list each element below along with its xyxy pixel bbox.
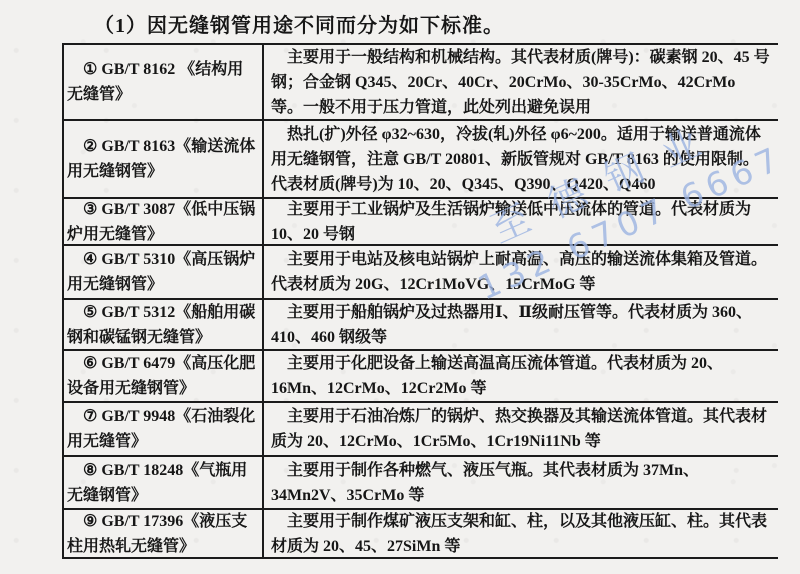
standard-cell: ⑤ GB/T 5312《船舶用碳钢和碳锰钢无缝管》 xyxy=(64,300,264,349)
description-text: 主要用于电站及核电站锅炉上耐高温、高压的输送流体集箱及管道。代表材质为 20G、… xyxy=(271,247,770,297)
description-text: 主要用于船舶锅炉及过热器用Ⅰ、Ⅱ级耐压管等。代表材质为 360、410、460 … xyxy=(271,300,770,350)
table-row: ⑤ GB/T 5312《船舶用碳钢和碳锰钢无缝管》 主要用于船舶锅炉及过热器用Ⅰ… xyxy=(64,300,778,351)
standard-cell: ③ GB/T 3087《低中压锅炉用无缝管》 xyxy=(64,199,264,244)
description-text: 热扎(扩)外径 φ32~630，冷拔(轧)外径 φ6~200。适用于输送普通流体… xyxy=(271,122,770,197)
standard-label: ③ GB/T 3087《低中压锅炉用无缝管》 xyxy=(67,197,258,247)
standard-label: ① GB/T 8162 《结构用无缝管》 xyxy=(67,57,258,107)
standard-cell: ② GB/T 8163《输送流体用无缝钢管》 xyxy=(64,121,264,197)
standard-label: ⑥ GB/T 6479《高压化肥设备用无缝钢管》 xyxy=(67,351,258,401)
description-text: 主要用于工业锅炉及生活锅炉输送低中压流体的管道。代表材质为 10、20 号钢 xyxy=(271,197,770,247)
description-cell: 主要用于制作各种燃气、液压气瓶。其代表材质为 37Mn、34Mn2V、35CrM… xyxy=(264,457,778,508)
description-text: 主要用于化肥设备上输送高温高压流体管道。代表材质为 20、16Mn、12CrMo… xyxy=(271,351,770,401)
standard-label: ⑨ GB/T 17396《液压支柱用热轧无缝管》 xyxy=(67,509,258,559)
description-text: 主要用于一般结构和机械结构。其代表材质(牌号)：碳素钢 20、45 号钢；合金钢… xyxy=(271,45,770,120)
table-row: ③ GB/T 3087《低中压锅炉用无缝管》 主要用于工业锅炉及生活锅炉输送低中… xyxy=(64,199,778,246)
description-cell: 主要用于电站及核电站锅炉上耐高温、高压的输送流体集箱及管道。代表材质为 20G、… xyxy=(264,246,778,298)
standard-label: ⑤ GB/T 5312《船舶用碳钢和碳锰钢无缝管》 xyxy=(67,300,258,350)
standard-label: ⑧ GB/T 18248《气瓶用无缝钢管》 xyxy=(67,458,258,508)
description-cell: 热扎(扩)外径 φ32~630，冷拔(轧)外径 φ6~200。适用于输送普通流体… xyxy=(264,121,778,197)
standard-label: ④ GB/T 5310《高压锅炉用无缝钢管》 xyxy=(67,247,258,297)
table-row: ② GB/T 8163《输送流体用无缝钢管》 热扎(扩)外径 φ32~630，冷… xyxy=(64,121,778,199)
standard-label: ⑦ GB/T 9948《石油裂化用无缝管》 xyxy=(67,404,258,454)
page-title: （1）因无缝钢管用途不同而分为如下标准。 xyxy=(94,9,504,38)
description-text: 主要用于石油冶炼厂的锅炉、热交换器及其输送流体管道。其代表材质为 20、12Cr… xyxy=(271,404,770,454)
standard-cell: ⑧ GB/T 18248《气瓶用无缝钢管》 xyxy=(64,457,264,508)
description-cell: 主要用于船舶锅炉及过热器用Ⅰ、Ⅱ级耐压管等。代表材质为 360、410、460 … xyxy=(264,300,778,349)
table-row: ⑥ GB/T 6479《高压化肥设备用无缝钢管》 主要用于化肥设备上输送高温高压… xyxy=(64,351,778,403)
standard-cell: ⑦ GB/T 9948《石油裂化用无缝管》 xyxy=(64,403,264,455)
standard-cell: ⑨ GB/T 17396《液压支柱用热轧无缝管》 xyxy=(64,510,264,557)
standard-label: ② GB/T 8163《输送流体用无缝钢管》 xyxy=(67,134,258,184)
description-cell: 主要用于石油冶炼厂的锅炉、热交换器及其输送流体管道。其代表材质为 20、12Cr… xyxy=(264,403,778,455)
table-row: ④ GB/T 5310《高压锅炉用无缝钢管》 主要用于电站及核电站锅炉上耐高温、… xyxy=(64,246,778,300)
table-row: ⑧ GB/T 18248《气瓶用无缝钢管》 主要用于制作各种燃气、液压气瓶。其代… xyxy=(64,457,778,510)
table-row: ⑨ GB/T 17396《液压支柱用热轧无缝管》 主要用于制作煤矿液压支架和缸、… xyxy=(64,510,778,559)
description-cell: 主要用于制作煤矿液压支架和缸、柱，以及其他液压缸、柱。其代表材质为 20、45、… xyxy=(264,510,778,557)
standard-cell: ⑥ GB/T 6479《高压化肥设备用无缝钢管》 xyxy=(64,351,264,401)
description-cell: 主要用于化肥设备上输送高温高压流体管道。代表材质为 20、16Mn、12CrMo… xyxy=(264,351,778,401)
description-cell: 主要用于一般结构和机械结构。其代表材质(牌号)：碳素钢 20、45 号钢；合金钢… xyxy=(264,45,778,119)
description-text: 主要用于制作各种燃气、液压气瓶。其代表材质为 37Mn、34Mn2V、35CrM… xyxy=(271,458,770,508)
table-row: ⑦ GB/T 9948《石油裂化用无缝管》 主要用于石油冶炼厂的锅炉、热交换器及… xyxy=(64,403,778,457)
standards-table: ① GB/T 8162 《结构用无缝管》 主要用于一般结构和机械结构。其代表材质… xyxy=(62,43,778,559)
standard-cell: ① GB/T 8162 《结构用无缝管》 xyxy=(64,45,264,119)
description-text: 主要用于制作煤矿液压支架和缸、柱，以及其他液压缸、柱。其代表材质为 20、45、… xyxy=(271,509,770,559)
description-cell: 主要用于工业锅炉及生活锅炉输送低中压流体的管道。代表材质为 10、20 号钢 xyxy=(264,199,778,244)
table-row: ① GB/T 8162 《结构用无缝管》 主要用于一般结构和机械结构。其代表材质… xyxy=(64,45,778,121)
standard-cell: ④ GB/T 5310《高压锅炉用无缝钢管》 xyxy=(64,246,264,298)
